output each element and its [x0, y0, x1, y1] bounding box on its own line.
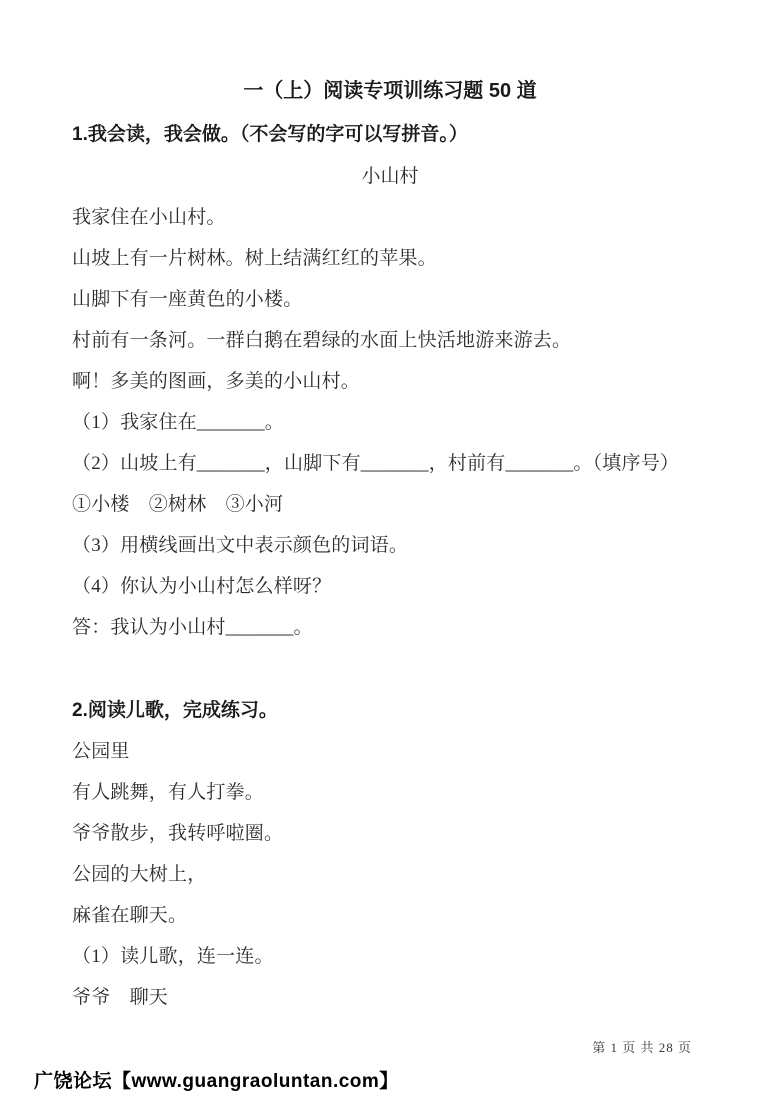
question-3: （3）用横线画出文中表示颜色的词语。 — [72, 533, 708, 558]
question-1: （1）我家住在_______。 — [72, 410, 708, 435]
section-1: 1.我会读，我会做。（不会写的字可以写拼音。） 小山村 我家住在小山村。 山坡上… — [72, 122, 708, 640]
passage-line: 村前有一条河。一群白鹅在碧绿的水面上快活地游来游去。 — [72, 328, 708, 353]
page-content: 一（上）阅读专项训练习题 50 道 1.我会读，我会做。（不会写的字可以写拼音。… — [0, 0, 780, 1010]
page-number: 第 1 页 共 28 页 — [592, 1040, 692, 1056]
poem-line: 麻雀在聊天。 — [72, 903, 708, 928]
poem-line: 公园里 — [72, 739, 708, 764]
answer-line: 答：我认为小山村_______。 — [72, 615, 708, 640]
section2-heading: 2.阅读儿歌，完成练习。 — [72, 698, 708, 723]
poem-line: 有人跳舞，有人打拳。 — [72, 780, 708, 805]
question-2: （2）山坡上有_______，山脚下有_______，村前有_______。（填… — [72, 451, 708, 476]
watermark: 广饶论坛【www.guangraoluntan.com】 — [34, 1070, 399, 1094]
section1-heading: 1.我会读，我会做。（不会写的字可以写拼音。） — [72, 122, 708, 148]
poem-line: 爷爷散步，我转呼啦圈。 — [72, 821, 708, 846]
page-title: 一（上）阅读专项训练习题 50 道 — [72, 78, 708, 104]
passage-title: 小山村 — [72, 164, 708, 190]
passage-line: 啊！多美的图画，多美的小山村。 — [72, 369, 708, 394]
question-1: （1）读儿歌，连一连。 — [72, 944, 708, 969]
passage-line: 山坡上有一片树林。树上结满红红的苹果。 — [72, 246, 708, 271]
question-2-options: ①小楼 ②树林 ③小河 — [72, 492, 708, 517]
match-line: 爷爷 聊天 — [72, 985, 708, 1010]
passage-line: 山脚下有一座黄色的小楼。 — [72, 287, 708, 312]
poem-line: 公园的大树上， — [72, 862, 708, 887]
section-2: 2.阅读儿歌，完成练习。 公园里 有人跳舞，有人打拳。 爷爷散步，我转呼啦圈。 … — [72, 698, 708, 1010]
passage-line: 我家住在小山村。 — [72, 205, 708, 230]
worksheet-page: 一（上）阅读专项训练习题 50 道 1.我会读，我会做。（不会写的字可以写拼音。… — [0, 0, 780, 1103]
question-4: （4）你认为小山村怎么样呀？ — [72, 574, 708, 599]
